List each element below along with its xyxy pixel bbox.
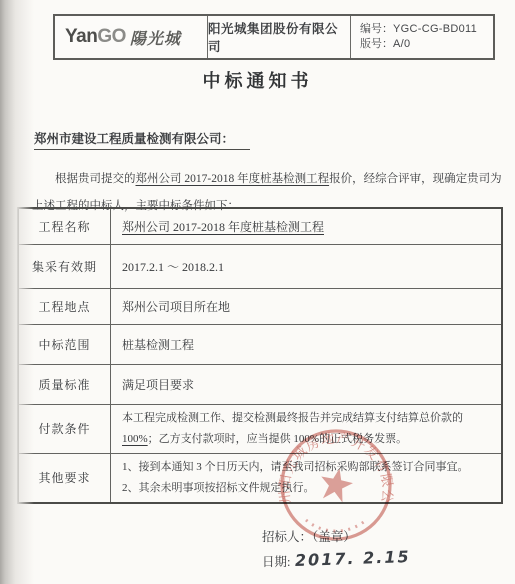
date-line: 日期:2017. 2.15 <box>262 551 411 570</box>
row-label: 付款条件 <box>18 404 111 453</box>
document-header-table: YanGO 陽光城 阳光城集团股份有限公司 编号：YGC-CG-BD011 版号… <box>53 14 495 60</box>
payment-percent-underlined: 100% <box>122 433 148 445</box>
project-name-value: 郑州公司 2017-2018 年度桩基检测工程 <box>122 220 324 234</box>
other-req-line1: 1、接到本通知 3 个日历天内，请至我司招标采购部联系签订合同事宜。 <box>122 457 493 478</box>
company-logo: YanGO 陽光城 <box>55 16 207 58</box>
row-label: 工程名称 <box>18 208 111 244</box>
logo-cjk-text: 陽光城 <box>130 26 181 49</box>
row-label: 其他要求 <box>18 453 111 503</box>
addressee-company: 郑州市建设工程质量检测有限公司： <box>34 129 250 150</box>
scanned-document-page: YanGO 陽光城 阳光城集团股份有限公司 编号：YGC-CG-BD011 版号… <box>0 0 515 584</box>
table-row-payment-terms: 付款条件 本工程完成检测工作、提交检测最终报告并完成结算支付结算总价款的 100… <box>18 404 502 453</box>
row-value: 桩基检测工程 <box>111 324 503 364</box>
version-label: 版号： <box>360 38 393 50</box>
table-row-project-location: 工程地点 郑州公司项目所在地 <box>18 288 502 324</box>
payment-post: ；乙方支付款项时，应当提供 100%的正式税务发票。 <box>148 433 407 445</box>
version-line: 版号：A/0 <box>360 37 410 52</box>
document-title: 中标通知书 <box>0 67 515 93</box>
row-value: 1、接到本通知 3 个日历天内，请至我司招标采购部联系签订合同事宜。 2、其余未… <box>111 453 503 503</box>
doc-number-label: 编号： <box>360 23 393 35</box>
bidder-seal-line: 招标人：（盖章） <box>262 527 356 545</box>
intro-project-underlined: 郑州公司 2017-2018 年度桩基检测工程 <box>136 173 330 185</box>
row-value: 2017.2.1 ～ 2018.2.1 <box>111 244 503 288</box>
table-row-other-requirements: 其他要求 1、接到本通知 3 个日历天内，请至我司招标采购部联系签订合同事宜。 … <box>18 453 502 503</box>
date-label: 日期: <box>262 555 290 569</box>
version-value: A/0 <box>393 38 410 50</box>
row-value: 郑州公司项目所在地 <box>111 288 503 324</box>
row-value: 满足项目要求 <box>111 364 503 404</box>
doc-number-value: YGC-CG-BD011 <box>393 23 477 35</box>
doc-number-line: 编号：YGC-CG-BD011 <box>360 22 477 37</box>
handwritten-date: 2017. 2.15 <box>295 547 411 570</box>
table-row-validity-period: 集采有效期 2017.2.1 ～ 2018.2.1 <box>18 244 502 288</box>
table-row-bid-scope: 中标范围 桩基检测工程 <box>18 324 502 364</box>
document-codes: 编号：YGC-CG-BD011 版号：A/0 <box>351 16 493 58</box>
row-label: 工程地点 <box>18 288 111 324</box>
payment-pre: 本工程完成检测工作、提交检测最终报告并完成结算支付结算总价款的 <box>122 412 463 424</box>
row-label: 中标范围 <box>18 324 111 364</box>
row-label: 质量标准 <box>18 364 111 404</box>
table-row-project-name: 工程名称 郑州公司 2017-2018 年度桩基检测工程 <box>18 208 502 244</box>
other-req-line2: 2、其余未明事项按招标文件规定执行。 <box>122 478 493 499</box>
bid-conditions-table: 工程名称 郑州公司 2017-2018 年度桩基检测工程 集采有效期 2017.… <box>17 207 503 504</box>
logo-go-mark: GO <box>97 26 126 47</box>
logo-latin-text: YanGO <box>65 26 126 48</box>
row-value: 郑州公司 2017-2018 年度桩基检测工程 <box>111 208 503 244</box>
row-label: 集采有效期 <box>18 244 111 288</box>
row-value: 本工程完成检测工作、提交检测最终报告并完成结算支付结算总价款的 100%；乙方支… <box>111 404 503 453</box>
intro-pre: 根据贵司提交的 <box>55 173 136 185</box>
table-row-quality-standard: 质量标准 满足项目要求 <box>18 364 502 404</box>
company-name: 阳光城集团股份有限公司 <box>207 16 351 58</box>
